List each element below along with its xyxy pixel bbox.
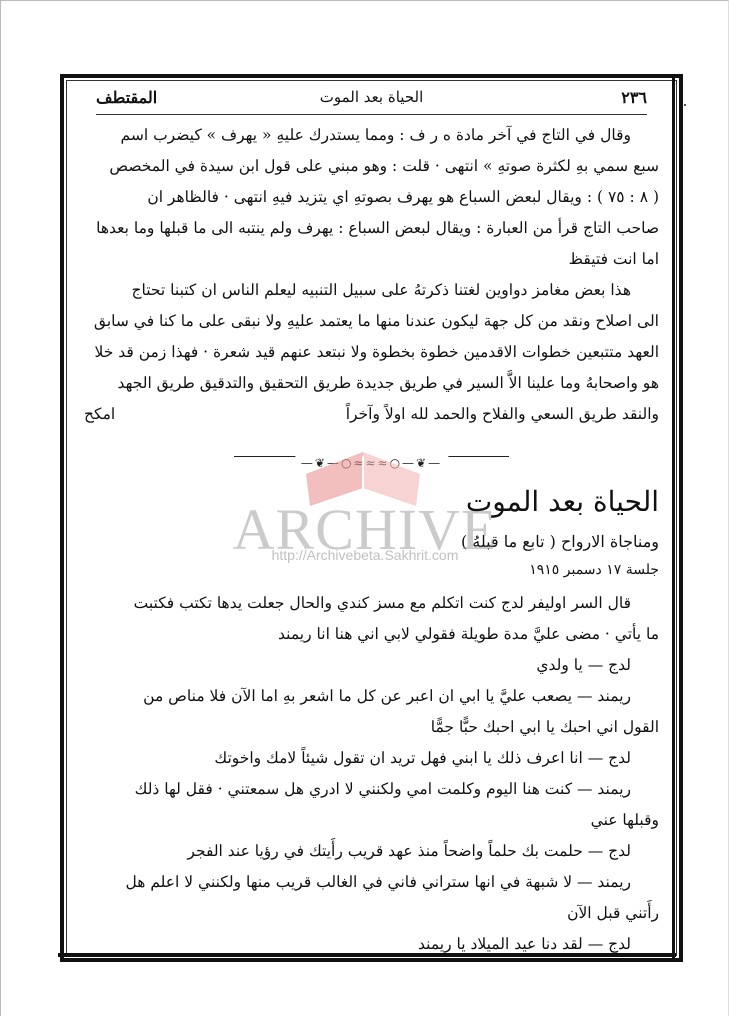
- scan-speck: [684, 104, 686, 106]
- text-line: العهد متتبعين خطوات الاقدمين خطوة بخطوة …: [84, 337, 659, 368]
- frame-shadow-right: [672, 74, 675, 958]
- text-line: هو واصحابهُ وما علينا الاَّ السير في طري…: [84, 368, 659, 399]
- header-rule: [96, 114, 647, 115]
- text-line: ( ٨ : ٧٥ ) : ويقال لبعض السباع هو يهرف ب…: [84, 182, 659, 213]
- text-line: وقال في التاج في آخر مادة ه ر ف : ومما ي…: [84, 120, 659, 151]
- running-title: الحياة بعد الموت: [320, 88, 423, 106]
- dialogue-line: لدج — انا اعرف ذلك يا ابني فهل تريد ان ت…: [84, 743, 659, 774]
- dialogue-line: ريمند — لا شبهة في انها ستراني فاني في ا…: [84, 867, 659, 898]
- paragraph-1: وقال في التاج في آخر مادة ه ر ف : ومما ي…: [84, 120, 659, 275]
- text-line: اما انت فتيقظ: [84, 244, 659, 275]
- watermark-url: http://Archivebeta.Sakhrit.com: [240, 547, 490, 563]
- author-signature: امكح: [84, 399, 115, 430]
- running-header: ٢٣٦ الحياة بعد الموت المقتطف: [96, 84, 647, 110]
- closing-line: والنقد طريق السعي والفلاح والحمد لله اول…: [84, 399, 659, 430]
- dialogue-line: لدج — حلمت بك حلماً واضحاً منذ عهد قريب …: [84, 836, 659, 867]
- dialogue: قال السر اوليفر لدج كنت اتكلم مع مسز كند…: [84, 588, 659, 960]
- paragraph-2: هذا بعض مغامز دواوين لغتنا ذكرتهُ على سب…: [84, 275, 659, 430]
- text-line: هذا بعض مغامز دواوين لغتنا ذكرتهُ على سب…: [84, 275, 659, 306]
- text-line: والنقد طريق السعي والفلاح والحمد لله اول…: [346, 399, 659, 430]
- page-number: ٢٣٦: [621, 88, 647, 107]
- text-line: الى اصلاح ونقد من كل جهة ليكون عندنا منه…: [84, 306, 659, 337]
- text-line: سبع سمي بهِ لكثرة صوتهِ » انتهى · قلت : …: [84, 151, 659, 182]
- page-content: ٢٣٦ الحياة بعد الموت المقتطف وقال في الت…: [78, 78, 665, 958]
- section-title: الحياة بعد الموت: [84, 478, 659, 526]
- text-line: صاحب التاج قرأ من العبارة : ويقال لبعض ا…: [84, 213, 659, 244]
- dialogue-line: ريمند — يصعب عليَّ يا ابي ان اعبر عن كل …: [84, 681, 659, 712]
- dialogue-line: ما يأتي · مضى عليَّ مدة طويلة فقولي لابي…: [84, 619, 659, 650]
- dialogue-line: لدج — يا ولدي: [84, 650, 659, 681]
- dialogue-line: القول اني احبك يا ابي احبك حبًّا جمًّا: [84, 712, 659, 743]
- frame-shadow-bottom: [58, 953, 676, 957]
- magazine-name: المقتطف: [96, 88, 157, 107]
- dialogue-line: وقبلها عني: [84, 805, 659, 836]
- article-body: وقال في التاج في آخر مادة ه ر ف : ومما ي…: [84, 120, 659, 960]
- dialogue-line: ريمند — كنت هنا اليوم وكلمت امي ولكنني ل…: [84, 774, 659, 805]
- page-frame: ٢٣٦ الحياة بعد الموت المقتطف وقال في الت…: [60, 74, 683, 962]
- dialogue-line: رأَتني قبل الآن: [84, 898, 659, 929]
- dialogue-line: قال السر اوليفر لدج كنت اتكلم مع مسز كند…: [84, 588, 659, 619]
